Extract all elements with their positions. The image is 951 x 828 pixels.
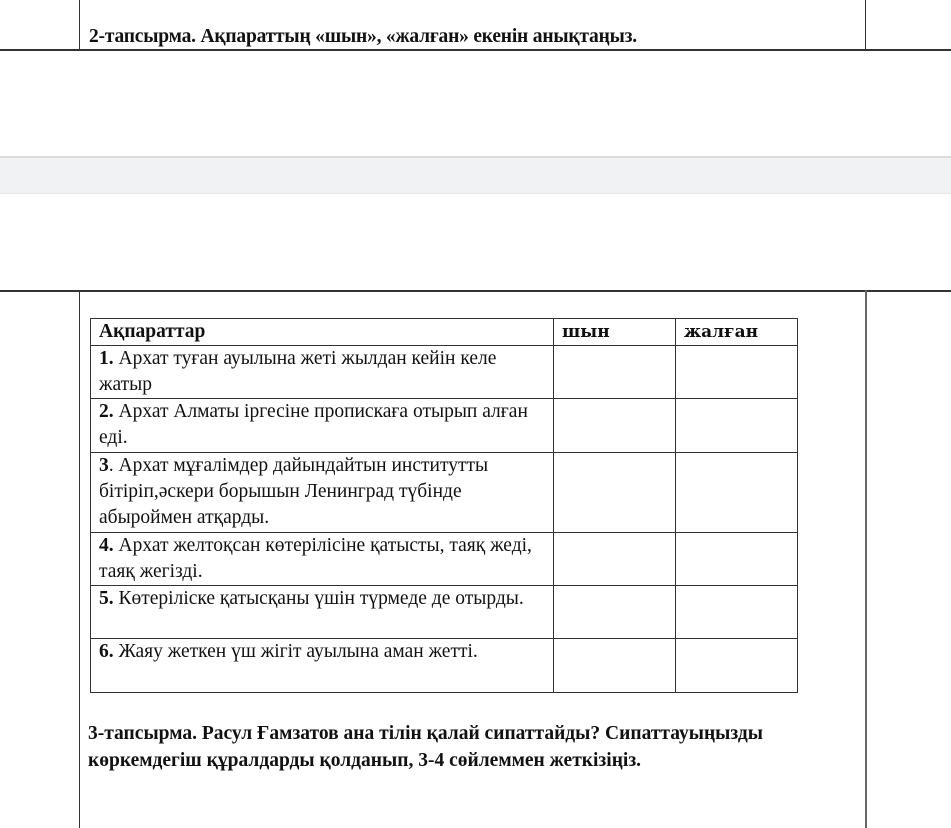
- statement-text: Архат желтоқсан көтерілісіне қатысты, та…: [99, 535, 532, 582]
- false-cell[interactable]: [676, 533, 798, 586]
- statement-cell: 3. Архат мұғалімдер дайындайтын институт…: [91, 453, 554, 533]
- statement-text: Көтеріліске қатысқаны үшін түрмеде де от…: [114, 588, 524, 609]
- page-border-right: [865, 290, 867, 828]
- table-row: 3. Архат мұғалімдер дайындайтын институт…: [91, 453, 798, 533]
- true-cell[interactable]: [554, 346, 676, 399]
- statement-cell: 5. Көтеріліске қатысқаны үшін түрмеде де…: [91, 586, 554, 639]
- table-row: 1. Архат туған ауылына жеті жылдан кейін…: [91, 346, 798, 399]
- page-gap-band: [0, 156, 951, 194]
- table-row: 2. Архат Алматы іргесіне пропискаға отыр…: [91, 399, 798, 453]
- statement-cell: 1. Архат туған ауылына жеті жылдан кейін…: [91, 346, 554, 399]
- info-table: Ақпараттар шын жалған 1. Архат туған ауы…: [90, 318, 798, 693]
- page-border-left: [79, 290, 80, 828]
- statement-text: Архат Алматы іргесіне пропискаға отырып …: [99, 401, 528, 448]
- statement-text: Жаяу жеткен үш жігіт ауылына аман жетті.: [114, 641, 478, 662]
- statement-cell: 4. Архат желтоқсан көтерілісіне қатысты,…: [91, 533, 554, 586]
- top-divider: [0, 49, 951, 51]
- task3-heading: 3-тапсырма. Расул Ғамзатов ана тілін қал…: [88, 720, 848, 774]
- statement-number: 5.: [99, 588, 114, 609]
- page-border-left-top: [79, 0, 80, 50]
- table-row: 6. Жаяу жеткен үш жігіт ауылына аман жет…: [91, 639, 798, 693]
- true-cell[interactable]: [554, 453, 676, 533]
- false-cell[interactable]: [676, 639, 798, 693]
- false-cell[interactable]: [676, 399, 798, 453]
- statement-number: 2.: [99, 401, 114, 422]
- statement-text: Архат туған ауылына жеті жылдан кейін ке…: [99, 348, 496, 395]
- header-info: Ақпараттар: [91, 319, 554, 346]
- header-true: шын: [554, 319, 676, 346]
- header-false: жалған: [676, 319, 798, 346]
- table-row: 5. Көтеріліске қатысқаны үшін түрмеде де…: [91, 586, 798, 639]
- task2-heading: 2-тапсырма. Ақпараттың «шын», «жалған» е…: [89, 26, 637, 48]
- true-cell[interactable]: [554, 639, 676, 693]
- statement-number: 4.: [99, 535, 114, 556]
- statement-cell: 6. Жаяу жеткен үш жігіт ауылына аман жет…: [91, 639, 554, 693]
- table-header-row: Ақпараттар шын жалған: [91, 319, 798, 346]
- false-cell[interactable]: [676, 453, 798, 533]
- page-border-right-top: [865, 0, 866, 50]
- table-row: 4. Архат желтоқсан көтерілісіне қатысты,…: [91, 533, 798, 586]
- statement-number: 3: [99, 455, 109, 476]
- statement-number: 1.: [99, 348, 114, 369]
- true-cell[interactable]: [554, 399, 676, 453]
- statement-cell: 2. Архат Алматы іргесіне пропискаға отыр…: [91, 399, 554, 453]
- false-cell[interactable]: [676, 586, 798, 639]
- false-cell[interactable]: [676, 346, 798, 399]
- lower-divider: [0, 290, 951, 292]
- statement-number: 6.: [99, 641, 114, 662]
- statement-text: . Архат мұғалімдер дайындайтын институтт…: [99, 455, 488, 528]
- true-cell[interactable]: [554, 586, 676, 639]
- true-cell[interactable]: [554, 533, 676, 586]
